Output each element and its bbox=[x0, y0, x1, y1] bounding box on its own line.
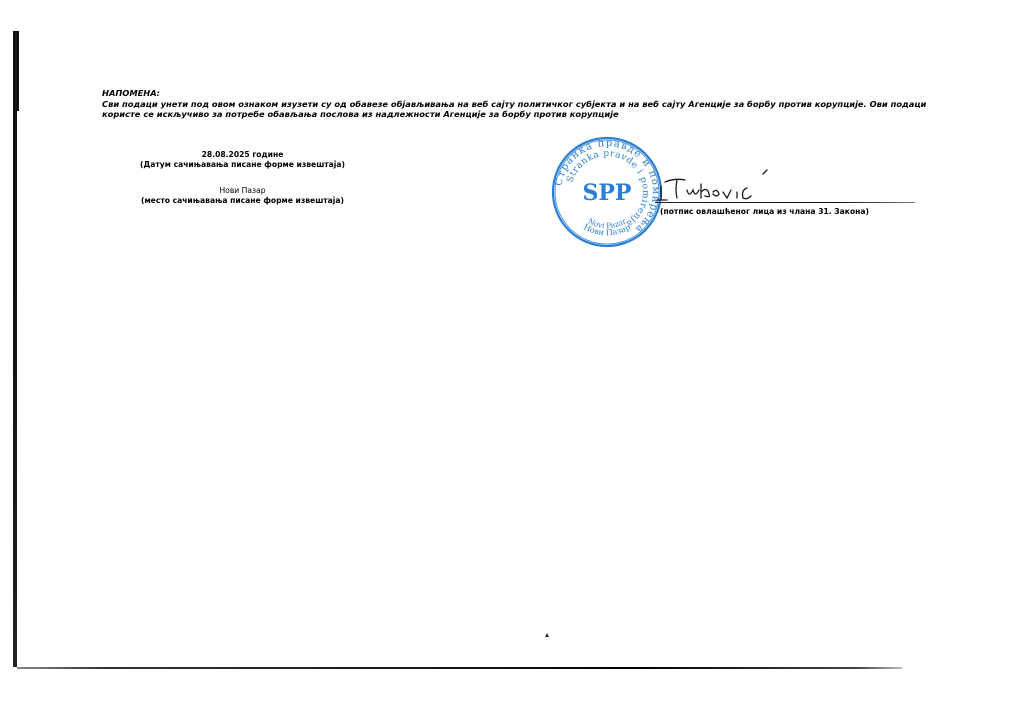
report-date-caption: (Датум сачињавања писане форме извештаја… bbox=[140, 160, 345, 170]
page-bottom-border bbox=[17, 667, 902, 669]
place-block: Нови Пазар (место сачињавања писане форм… bbox=[140, 186, 345, 205]
signature-caption: (потпис овлашћеног лица из члана 31. Зак… bbox=[660, 207, 869, 217]
signature-line bbox=[655, 202, 915, 203]
party-stamp: Странка правде и помирења Stranka pravde… bbox=[551, 136, 663, 248]
date-block: 28.08.2025 године (Датум сачињавања писа… bbox=[140, 150, 345, 169]
report-place-caption: (место сачињавања писане форме извештаја… bbox=[140, 196, 345, 206]
stamp-center-text: SPP bbox=[583, 180, 632, 206]
note-section: НАПОМЕНА: Сви подаци унети под овом озна… bbox=[102, 88, 932, 120]
page-left-border-top bbox=[13, 31, 19, 111]
page-left-border bbox=[13, 31, 17, 667]
scan-mark-icon bbox=[545, 633, 549, 637]
note-body: Сви подаци унети под овом ознаком изузет… bbox=[102, 99, 932, 120]
report-place: Нови Пазар bbox=[140, 186, 345, 196]
note-title: НАПОМЕНА: bbox=[102, 88, 932, 99]
report-date: 28.08.2025 године bbox=[140, 150, 345, 160]
stamp-seal-icon: Странка правде и помирења Stranka pravde… bbox=[551, 136, 663, 248]
